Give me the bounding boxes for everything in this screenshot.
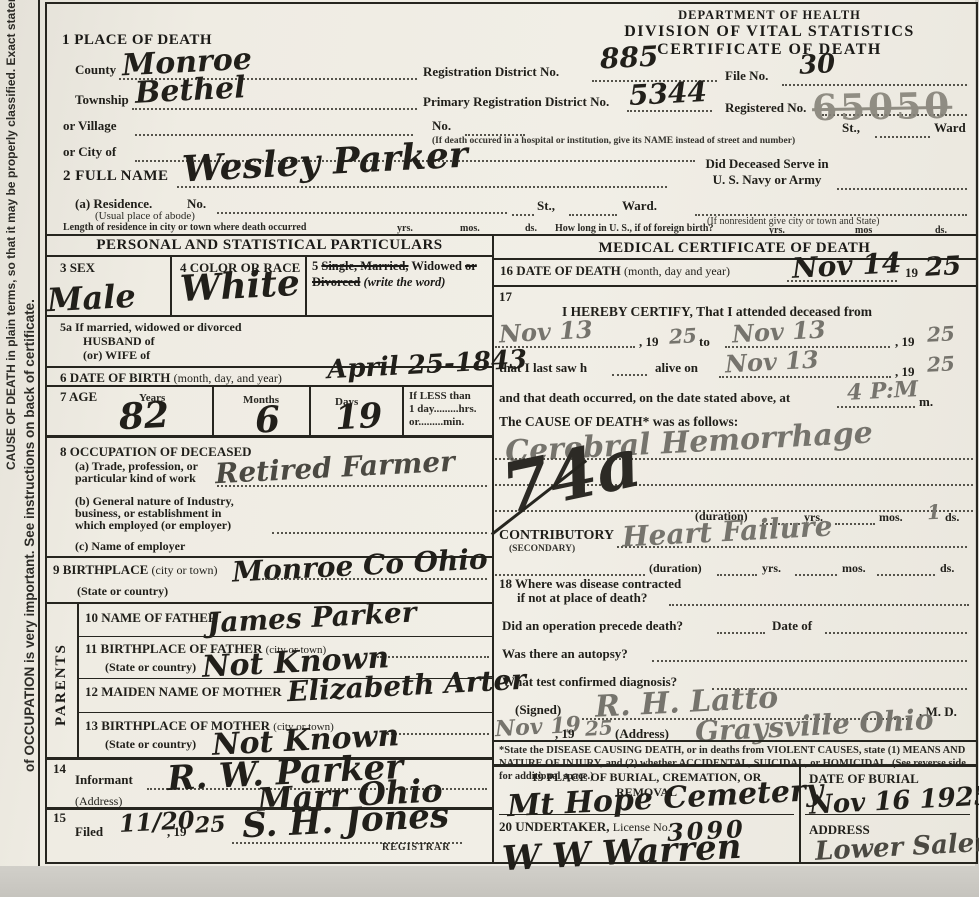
birthplace-dotted (262, 576, 487, 580)
contributory-label: CONTRIBUTORY (499, 528, 614, 544)
dob-note: (month, day, and year) (174, 371, 282, 385)
length-mos-label: mos. (460, 223, 480, 234)
father-name-heading: 10 NAME OF FATHER (85, 610, 217, 626)
certify-to-year-printed: , 19 (895, 334, 915, 350)
father-birthplace-number: 11 (85, 641, 97, 656)
duration2-label: (duration) (649, 561, 702, 576)
county-label: County (75, 62, 116, 78)
date-of-death-label: DATE OF DEATH (516, 263, 621, 278)
file-no-value: 30 (798, 51, 835, 79)
columns-top-rule (45, 234, 976, 236)
column-divider (492, 234, 494, 862)
filed-year-printed: , 19 (167, 824, 187, 840)
certify-from-dotted (495, 344, 635, 348)
mother-name-heading: 12 MAIDEN NAME OF MOTHER (85, 684, 282, 700)
abode-note: (Usual place of abode) (95, 210, 195, 222)
operation-date-label: Date of (772, 618, 812, 634)
undertaker-number: 20 (499, 819, 512, 834)
age-divider2 (309, 385, 311, 435)
item18-line2: if not at place of death? (517, 590, 647, 606)
father-birthplace-note2: (State or country) (105, 660, 196, 675)
residence-ward-label: Ward. (622, 198, 657, 214)
burial-top-rule (494, 764, 976, 767)
division-title: DIVISION OF VITAL STATISTICS (552, 23, 979, 41)
sex-label: SEX (70, 260, 95, 275)
marital-note: (write the word) (364, 275, 446, 289)
residence-st-label: St., (537, 198, 555, 214)
length-yrs-label: yrs. (397, 223, 413, 234)
marital-struck-single-married: Single, Married, (321, 259, 408, 273)
undertaker-signature: W W Warren (501, 830, 742, 876)
filed-number: 15 (53, 810, 66, 826)
registered-no-label: Registered No. (725, 100, 806, 116)
street-ward-label: Ward (934, 120, 966, 136)
city-label: or City of (63, 144, 116, 160)
dob-label: DATE OF BIRTH (70, 370, 171, 385)
margin-instruction-line2: of OCCUPATION is very important. See ins… (22, 299, 37, 772)
father-birthplace-dotted (377, 654, 489, 658)
item5a-line1: 5a If married, widowed or divorced (60, 320, 242, 335)
dob-value: April 25-1843 (326, 347, 527, 383)
sex-heading: 3 SEX (60, 260, 95, 276)
service-dotted-line (837, 186, 967, 190)
certify-saw-blank (612, 372, 647, 376)
nonresident-note: (If nonresident give city or town and St… (707, 216, 879, 227)
age-number: 7 (60, 389, 67, 404)
duration-ds: ds. (945, 510, 959, 525)
operation-label: Did an operation precede death? (502, 618, 683, 634)
date-of-death-note: (month, day and year) (624, 264, 730, 278)
primary-registration-label: Primary Registration District No. (423, 94, 609, 110)
left-border-rail (38, 0, 40, 866)
registrar-signature: S. H. Jones (241, 799, 450, 844)
certify-m-label: m. (919, 394, 933, 410)
father-name-number: 10 (85, 610, 98, 625)
dob-bottom-rule (47, 385, 492, 387)
undertaker-label: UNDERTAKER, (515, 819, 609, 834)
father-name-label: NAME OF FATHER (101, 610, 217, 625)
item5a-line3: (or) WIFE of (83, 348, 150, 363)
date-of-death-year-value: 25 (924, 253, 961, 281)
registration-district-label: Registration District No. (423, 64, 559, 80)
filed-label: Filed (75, 824, 103, 840)
primary-registration-dotted-line (627, 108, 712, 112)
item18-dotted (669, 602, 969, 606)
age-months-value: 6 (254, 401, 281, 438)
sex-row-bottom-rule (47, 315, 492, 317)
secondary-label: (SECONDARY) (509, 544, 575, 554)
certify-to-label: to (699, 334, 710, 350)
age-less-line3: or.........min. (409, 416, 464, 428)
certify-from-value: Nov 13 (498, 318, 593, 347)
father-name-rule (77, 636, 492, 637)
certify-time-value: 4 P:M (846, 378, 918, 404)
duration2-yrs-dotted (717, 572, 757, 576)
item5a-number: 5a (60, 320, 72, 334)
service-question: Did Deceased Serve in U. S. Navy or Army (637, 156, 897, 188)
residence-ward-dotted (569, 212, 617, 216)
certify-saw-dotted (719, 374, 891, 378)
age-heading: 7 AGE (60, 389, 97, 405)
burial-date-label: DATE OF BURIAL (809, 771, 919, 787)
date-of-death-year-printed: 19 (905, 265, 918, 281)
street-st-label: St., (842, 120, 860, 136)
full-name-value: Wesley Parker (181, 137, 468, 188)
age-divider1 (212, 385, 214, 435)
contributory-dotted (617, 544, 967, 548)
burial-date-rule (805, 814, 970, 815)
mother-name-rule (77, 712, 492, 713)
autopsy-label: Was there an autopsy? (502, 646, 628, 662)
age-days-value: 19 (334, 399, 383, 435)
certify-saw-value: Nov 13 (724, 348, 819, 377)
operation-dotted (717, 630, 765, 634)
marital-widowed: Widowed (411, 259, 465, 273)
occupation-b-line3: which employed (or employer) (75, 518, 231, 533)
sign-date-year-value: 25 (584, 717, 613, 738)
residence-dotted-line (217, 210, 507, 214)
age-less-line1: If LESS than (409, 390, 471, 402)
filed-year-value: 25 (194, 813, 226, 837)
certify-saw-year-value: 25 (926, 353, 955, 374)
occupation-a-line2: particular kind of work (75, 471, 196, 486)
item5a-line2: HUSBAND of (83, 334, 155, 349)
sex-value: Male (46, 280, 136, 317)
race-value: White (179, 265, 301, 307)
sign-rule (494, 740, 976, 742)
birthplace-number: 9 (53, 562, 60, 577)
certify-to-value: Nov 13 (731, 318, 826, 347)
duration2-yrs: yrs. (762, 561, 781, 576)
age-less-line2: 1 day.........hrs. (409, 403, 477, 415)
certify-number: 17 (499, 289, 512, 305)
street-no-label: No. (432, 118, 451, 134)
full-name-heading: 2 FULL NAME (63, 168, 169, 185)
mother-birthplace-number: 13 (85, 718, 98, 733)
father-name-value: James Parker (206, 599, 417, 638)
sex-race-divider (170, 255, 172, 315)
township-label: Township (75, 92, 129, 108)
race-marital-divider (305, 255, 307, 315)
medical-title-rule (494, 258, 976, 260)
full-name-number: 2 (63, 168, 71, 184)
date-of-death-number: 16 (500, 263, 513, 278)
registrar-label: REGISTRAR (382, 842, 450, 853)
certify-from-year-value: 25 (668, 325, 697, 346)
certify-saw-label2: alive on (655, 360, 698, 376)
marital-number: 5 (312, 259, 318, 273)
parents-vertical-label: PARENTS (53, 643, 70, 726)
date-of-death-rule (494, 285, 976, 287)
certify-death-line: and that death occurred, on the date sta… (499, 390, 790, 406)
dob-number: 6 (60, 370, 67, 385)
margin-instruction-line1: CAUSE OF DEATH in plain terms, so that i… (4, 0, 18, 470)
primary-registration-value: 5344 (628, 78, 707, 110)
age-divider3 (402, 385, 404, 435)
age-label: AGE (69, 389, 97, 404)
burial-place-rule (499, 814, 794, 815)
mother-name-number: 12 (85, 684, 98, 699)
occupation-c-label: (c) Name of employer (75, 539, 185, 554)
full-name-dotted-line (177, 184, 667, 188)
sex-number: 3 (60, 260, 67, 275)
operation-date-dotted (825, 630, 967, 634)
dob-heading: 6 DATE OF BIRTH (month, day, and year) (60, 370, 282, 386)
item18-text1: Where was disease contracted (515, 576, 681, 591)
file-no-label: File No. (725, 68, 768, 84)
date-of-death-dotted (787, 278, 897, 282)
occupation-number: 8 (60, 444, 67, 459)
duration-ds-value: 1 (926, 502, 941, 523)
informant-number: 14 (53, 761, 66, 777)
village-dotted-line (135, 132, 413, 136)
certificate-body: DEPARTMENT OF HEALTH DIVISION OF VITAL S… (45, 2, 978, 864)
personal-title-rule (47, 255, 492, 257)
full-name-label: FULL NAME (75, 168, 168, 184)
burial-number: 19 (532, 770, 544, 784)
certify-time-dotted (837, 404, 915, 408)
foreign-birth-label: How long in U. S., if of foreign birth? (555, 223, 713, 234)
personal-title: PERSONAL AND STATISTICAL PARTICULARS (47, 237, 492, 254)
registered-no-stamp: 65050 (812, 85, 953, 129)
place-of-death-number: 1 (62, 32, 70, 48)
informant-label: Informant (75, 772, 133, 788)
age-bottom-rule (47, 435, 492, 438)
length-residence-label: Length of residence in city or town wher… (63, 222, 306, 233)
duration2-ds-dotted (877, 572, 935, 576)
hospital-note: (If death occured in a hospital or insti… (432, 136, 795, 146)
duration-mos: mos. (879, 510, 903, 525)
registration-district-value: 885 (599, 42, 659, 73)
occupation-b-dotted (272, 530, 487, 534)
item18-number: 18 (499, 576, 512, 591)
marital-heading: 5 Single, Married, Widowed or Divorced (… (312, 259, 490, 290)
certify-to-year-value: 25 (926, 323, 955, 344)
service-line1: Did Deceased Serve in (637, 156, 897, 172)
residence-st-dotted (512, 212, 534, 216)
scanned-death-certificate: CAUSE OF DEATH in plain terms, so that i… (0, 0, 979, 897)
birthplace-label: BIRTHPLACE (63, 562, 149, 577)
length-ds-label: ds. (525, 223, 537, 234)
birthplace-heading: 9 BIRTHPLACE (city or town) (53, 562, 218, 578)
item5a-text: If married, widowed or divorced (75, 320, 242, 334)
autopsy-dotted (652, 658, 967, 662)
parents-divider (77, 602, 79, 757)
duration2-mos-dotted (795, 572, 837, 576)
township-dotted-line (132, 106, 417, 110)
duration2-mos: mos. (842, 561, 866, 576)
birthplace-note2: (State or country) (77, 584, 168, 599)
mother-name-label: MAIDEN NAME OF MOTHER (101, 684, 281, 699)
duration-mos-dotted (835, 521, 875, 525)
township-value: Bethel (134, 73, 246, 109)
age-years-value: 82 (118, 397, 170, 436)
duration2-ds: ds. (940, 561, 954, 576)
birthplace-value: Monroe Co Ohio (231, 545, 488, 586)
mother-birthplace-note2: (State or country) (105, 737, 196, 752)
street-ward-dotted-line (875, 134, 930, 138)
department-title: DEPARTMENT OF HEALTH (552, 8, 979, 23)
birthplace-note: (city or town) (152, 563, 218, 577)
date-of-death-heading: 16 DATE OF DEATH (month, day and year) (500, 263, 730, 279)
certify-from-year-printed: , 19 (639, 334, 659, 350)
certify-line1: I HEREBY CERTIFY, That I attended deceas… (562, 304, 872, 320)
certify-saw-label1: that I last saw h (499, 360, 587, 376)
village-label: or Village (63, 118, 117, 134)
